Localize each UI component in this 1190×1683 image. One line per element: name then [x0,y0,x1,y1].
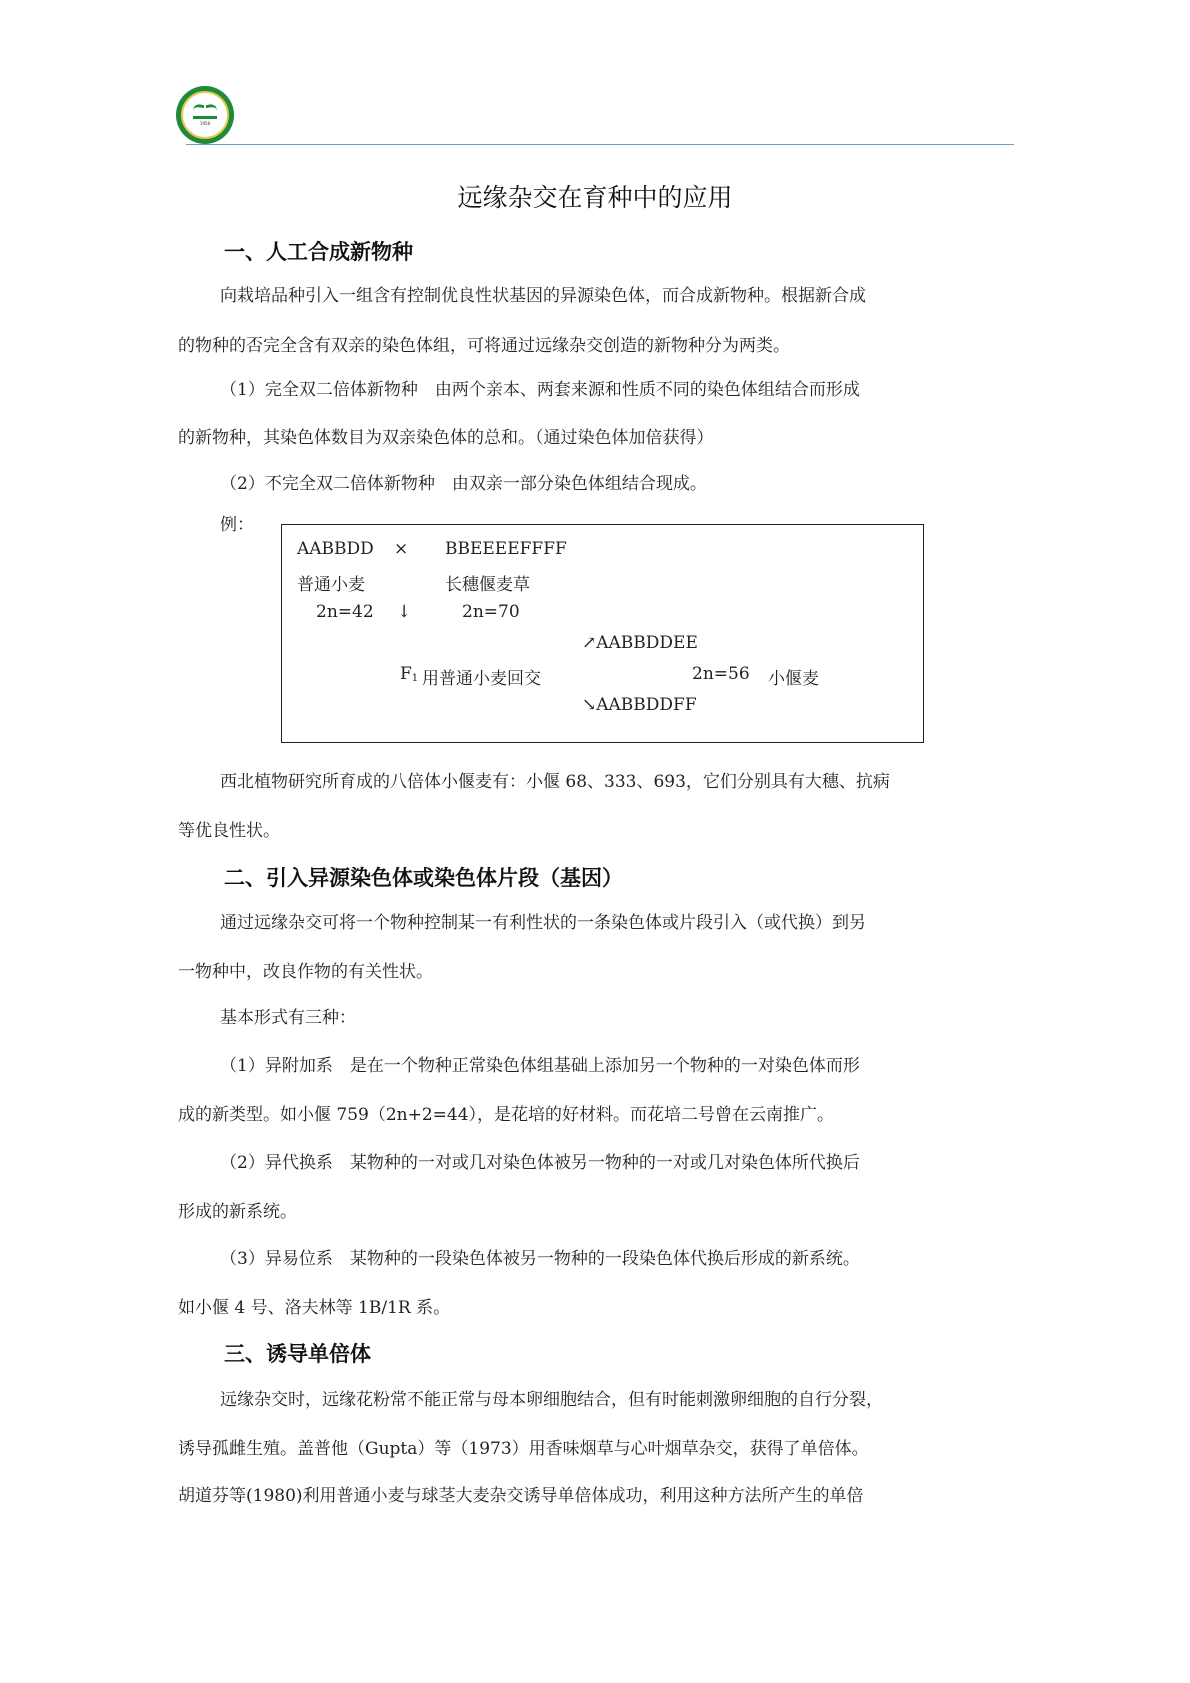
paragraph: 如小偃 4 号、洛夫林等 1B/1R 系。 [178,1292,1020,1324]
header-divider [186,144,1014,145]
parent2-name: 长穗偃麦草 [445,570,530,595]
paragraph: 的新物种，其染色体数目为双亲染色体的总和。（通过染色体加倍获得） [178,422,1020,454]
logo-year: 1958 [200,121,210,126]
parent1-genome: AABBDD [297,539,374,559]
paragraph: 向栽培品种引入一组含有控制优良性状基因的异源染色体，而合成新物种。根据新合成 [220,280,1062,312]
paragraph: （1）完全双二倍体新物种 由两个亲本、两套来源和性质不同的染色体组结合而形成 [220,374,1062,406]
parent2-chromosome-count: 2n=70 [462,602,520,622]
paragraph: 远缘杂交时，远缘花粉常不能正常与母本卵细胞结合，但有时能刺激卵细胞的自行分裂， [220,1384,1062,1416]
paragraph: 形成的新系统。 [178,1196,1020,1228]
paragraph: 诱导孤雌生殖。盖普他（Gupta）等（1973）用香味烟草与心叶烟草杂交，获得了… [178,1433,1020,1465]
result-chromosome-count: 2n=56 [692,664,750,684]
parent2-genome: BBEEEEFFFF [445,539,567,559]
section-heading-1: 一、人工合成新物种 [224,236,413,266]
section-heading-2: 二、引入异源染色体或染色体片段（基因） [224,862,623,892]
result-species-name: 小偃麦 [768,664,819,689]
down-arrow-icon: ↓ [397,602,411,622]
paragraph: （2）异代换系 某物种的一对或几对染色体被另一物种的一对或几对染色体所代换后 [220,1147,1062,1179]
logo-emblem: 1958 [181,91,229,139]
paragraph: （2）不完全双二倍体新物种 由双亲一部分染色体组结合现成。 [220,468,1062,500]
backcross-label: 用普通小麦回交 [422,664,541,689]
paragraph: （1）异附加系 是在一个物种正常染色体组基础上添加另一个物种的一对染色体而形 [220,1050,1062,1082]
parent1-chromosome-count: 2n=42 [316,602,374,622]
parent1-name: 普通小麦 [297,570,365,595]
paragraph: 通过远缘杂交可将一个物种控制某一有利性状的一条染色体或片段引入（或代换）到另 [220,907,1062,939]
school-logo: 1958 [176,86,234,144]
paragraph: 一物种中，改良作物的有关性状。 [178,956,1020,988]
paragraph: 胡道芬等(1980)利用普通小麦与球茎大麦杂交诱导单倍体成功，利用这种方法所产生… [178,1480,1020,1512]
open-book-icon [193,104,217,119]
cross-symbol: × [394,539,408,559]
result-genome-ee: ↗AABBDDEE [582,633,698,653]
paragraph: 成的新类型。如小偃 759（2n+2=44），是花培的好材料。而花培二号曾在云南… [178,1099,1020,1131]
example-label: 例： [220,510,254,535]
example-box: AABBDD × BBEEEEFFFF 普通小麦 长穗偃麦草 2n=42 ↓ 2… [281,524,924,743]
paragraph: 西北植物研究所育成的八倍体小偃麦有：小偃 68、333、693，它们分别具有大穗… [220,766,1062,798]
paragraph: （3）异易位系 某物种的一段染色体被另一物种的一段染色体代换后形成的新系统。 [220,1243,1062,1275]
result-genome-ff: ↘AABBDDFF [582,695,697,715]
paragraph: 等优良性状。 [178,815,1020,847]
section-heading-3: 三、诱导单倍体 [224,1338,371,1368]
paragraph: 的物种的否完全含有双亲的染色体组，可将通过远缘杂交创造的新物种分为两类。 [178,330,1020,362]
paragraph: 基本形式有三种： [220,1002,1062,1034]
document-title: 远缘杂交在育种中的应用 [0,178,1190,214]
f1-label: F1 [400,664,418,684]
